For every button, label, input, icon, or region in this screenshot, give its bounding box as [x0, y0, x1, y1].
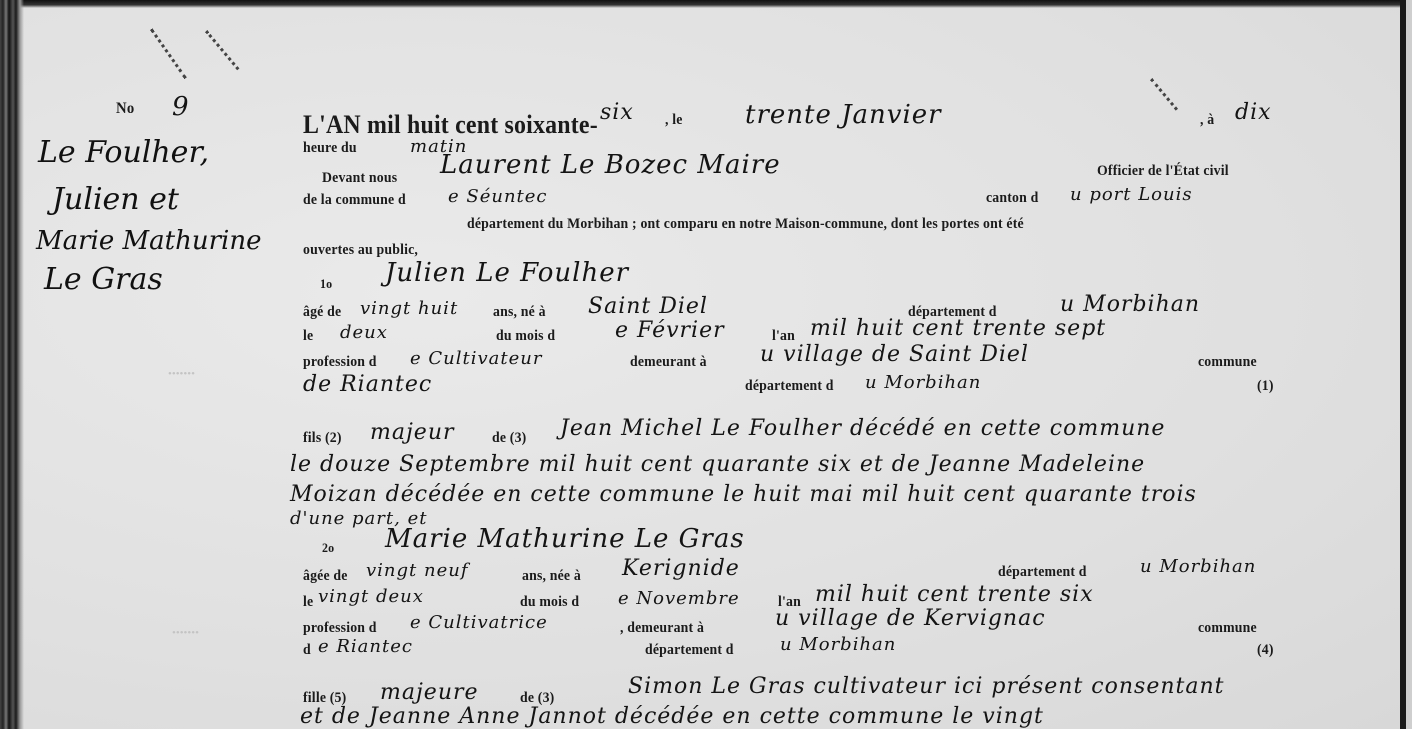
book-binding-edge	[0, 0, 24, 729]
printed-profession: profession d	[303, 620, 377, 637]
ink-dots	[1150, 78, 1178, 111]
printed-demeurant: demeurant à	[630, 354, 707, 371]
page-top-edge	[0, 0, 1412, 8]
printed-ne-a: ans, né à	[493, 304, 546, 321]
printed-age: âgé de	[303, 304, 341, 321]
printed-le: le	[303, 594, 313, 611]
printed-departement: département d	[998, 564, 1087, 581]
groom-birth-department: u Morbihan	[1060, 292, 1200, 317]
hand-commune: e Séuntec	[448, 186, 548, 207]
bride-age: vingt neuf	[366, 560, 469, 581]
bride-status: majeure	[380, 680, 479, 705]
printed-heure-du: heure du	[303, 140, 357, 157]
act-number-value: 9	[172, 92, 190, 122]
groom-number: 1o	[320, 276, 332, 292]
printed-ouvertes: ouvertes au public,	[303, 242, 418, 259]
groom-birth-month: e Février	[615, 318, 725, 343]
bride-parents-line-2: et de Jeanne Anne Jannot décédée en cett…	[300, 704, 1044, 729]
printed-devant-nous: Devant nous	[322, 170, 397, 187]
groom-birth-day: deux	[340, 322, 388, 343]
printed-profession: profession d	[303, 354, 377, 371]
printed-a: , à	[1200, 112, 1214, 129]
hand-officer-name: Laurent Le Bozec Maire	[440, 150, 781, 180]
printed-commune: commune	[1198, 620, 1257, 637]
printed-commune: commune	[1198, 354, 1257, 371]
printed-officier: Officier de l'État civil	[1097, 163, 1229, 180]
bride-name: Marie Mathurine Le Gras	[385, 524, 745, 554]
groom-father: Jean Michel Le Foulher décédé en cette c…	[560, 416, 1165, 441]
groom-commune: de Riantec	[303, 372, 432, 397]
bleed-through-mark: •••••••	[168, 368, 195, 380]
page-right-margin	[1406, 0, 1412, 729]
printed-demeurant: , demeurant à	[620, 620, 704, 637]
bride-commune: e Riantec	[318, 636, 413, 657]
printed-du-mois: du mois d	[520, 594, 579, 611]
printed-departement: département d	[745, 378, 834, 395]
margin-name-line-1: Le Foulher,	[38, 135, 209, 170]
bride-birth-year: mil huit cent trente six	[815, 582, 1094, 607]
bleed-through-mark: •••••••	[172, 627, 199, 639]
ink-dots	[205, 30, 239, 70]
groom-parents-line-3: Moizan décédée en cette commune le huit …	[290, 482, 1197, 507]
printed-le: le	[303, 328, 313, 345]
printed-commune: de la commune d	[303, 192, 406, 209]
bride-birth-month: e Novembre	[618, 588, 740, 609]
printed-le: , le	[665, 112, 683, 129]
groom-birth-year: mil huit cent trente sept	[810, 316, 1106, 341]
groom-parents-line-2: le douze Septembre mil huit cent quarant…	[290, 452, 1145, 477]
groom-profession: e Cultivateur	[410, 348, 542, 369]
footnote-ref-1: (1)	[1257, 378, 1274, 395]
bride-birthplace: Kerignide	[622, 556, 740, 581]
printed-departement-line: département du Morbihan ; ont comparu en…	[467, 216, 1024, 233]
groom-residence: u village de Saint Diel	[760, 342, 1029, 367]
margin-name-line-2: Julien et	[52, 182, 179, 217]
printed-du-mois: du mois d	[496, 328, 555, 345]
bride-father: Simon Le Gras cultivateur ici présent co…	[628, 674, 1224, 699]
groom-status: majeur	[370, 420, 455, 445]
hand-date: trente Janvier	[745, 100, 942, 130]
bride-birth-department: u Morbihan	[1140, 556, 1256, 577]
hand-hour: dix	[1235, 100, 1272, 125]
printed-d: d	[303, 642, 311, 659]
margin-name-line-4: Le Gras	[44, 262, 163, 297]
groom-age: vingt huit	[360, 298, 458, 319]
bride-number: 2o	[322, 540, 334, 556]
groom-name: Julien Le Foulher	[385, 258, 629, 288]
printed-nee-a: ans, née à	[522, 568, 581, 585]
printed-agee: âgée de	[303, 568, 348, 585]
bride-residence: u village de Kervignac	[775, 606, 1046, 631]
hand-canton: u port Louis	[1070, 184, 1193, 205]
ink-dots	[150, 28, 187, 79]
margin-name-line-3: Marie Mathurine	[36, 226, 261, 256]
footnote-ref-4: (4)	[1257, 642, 1274, 659]
hand-year: six	[600, 100, 634, 125]
printed-de: de (3)	[492, 430, 526, 447]
groom-birthplace: Saint Diel	[588, 294, 708, 319]
bride-profession: e Cultivatrice	[410, 612, 548, 633]
bride-birth-day: vingt deux	[318, 586, 424, 607]
printed-departement: département d	[645, 642, 734, 659]
printed-canton: canton d	[986, 190, 1038, 207]
act-number-label: No	[116, 100, 134, 118]
printed-fils: fils (2)	[303, 430, 342, 447]
bride-department: u Morbihan	[780, 634, 896, 655]
document-page: ••••••• ••••••• No 9 Le Foulher, Julien …	[0, 0, 1412, 729]
groom-department: u Morbihan	[865, 372, 981, 393]
